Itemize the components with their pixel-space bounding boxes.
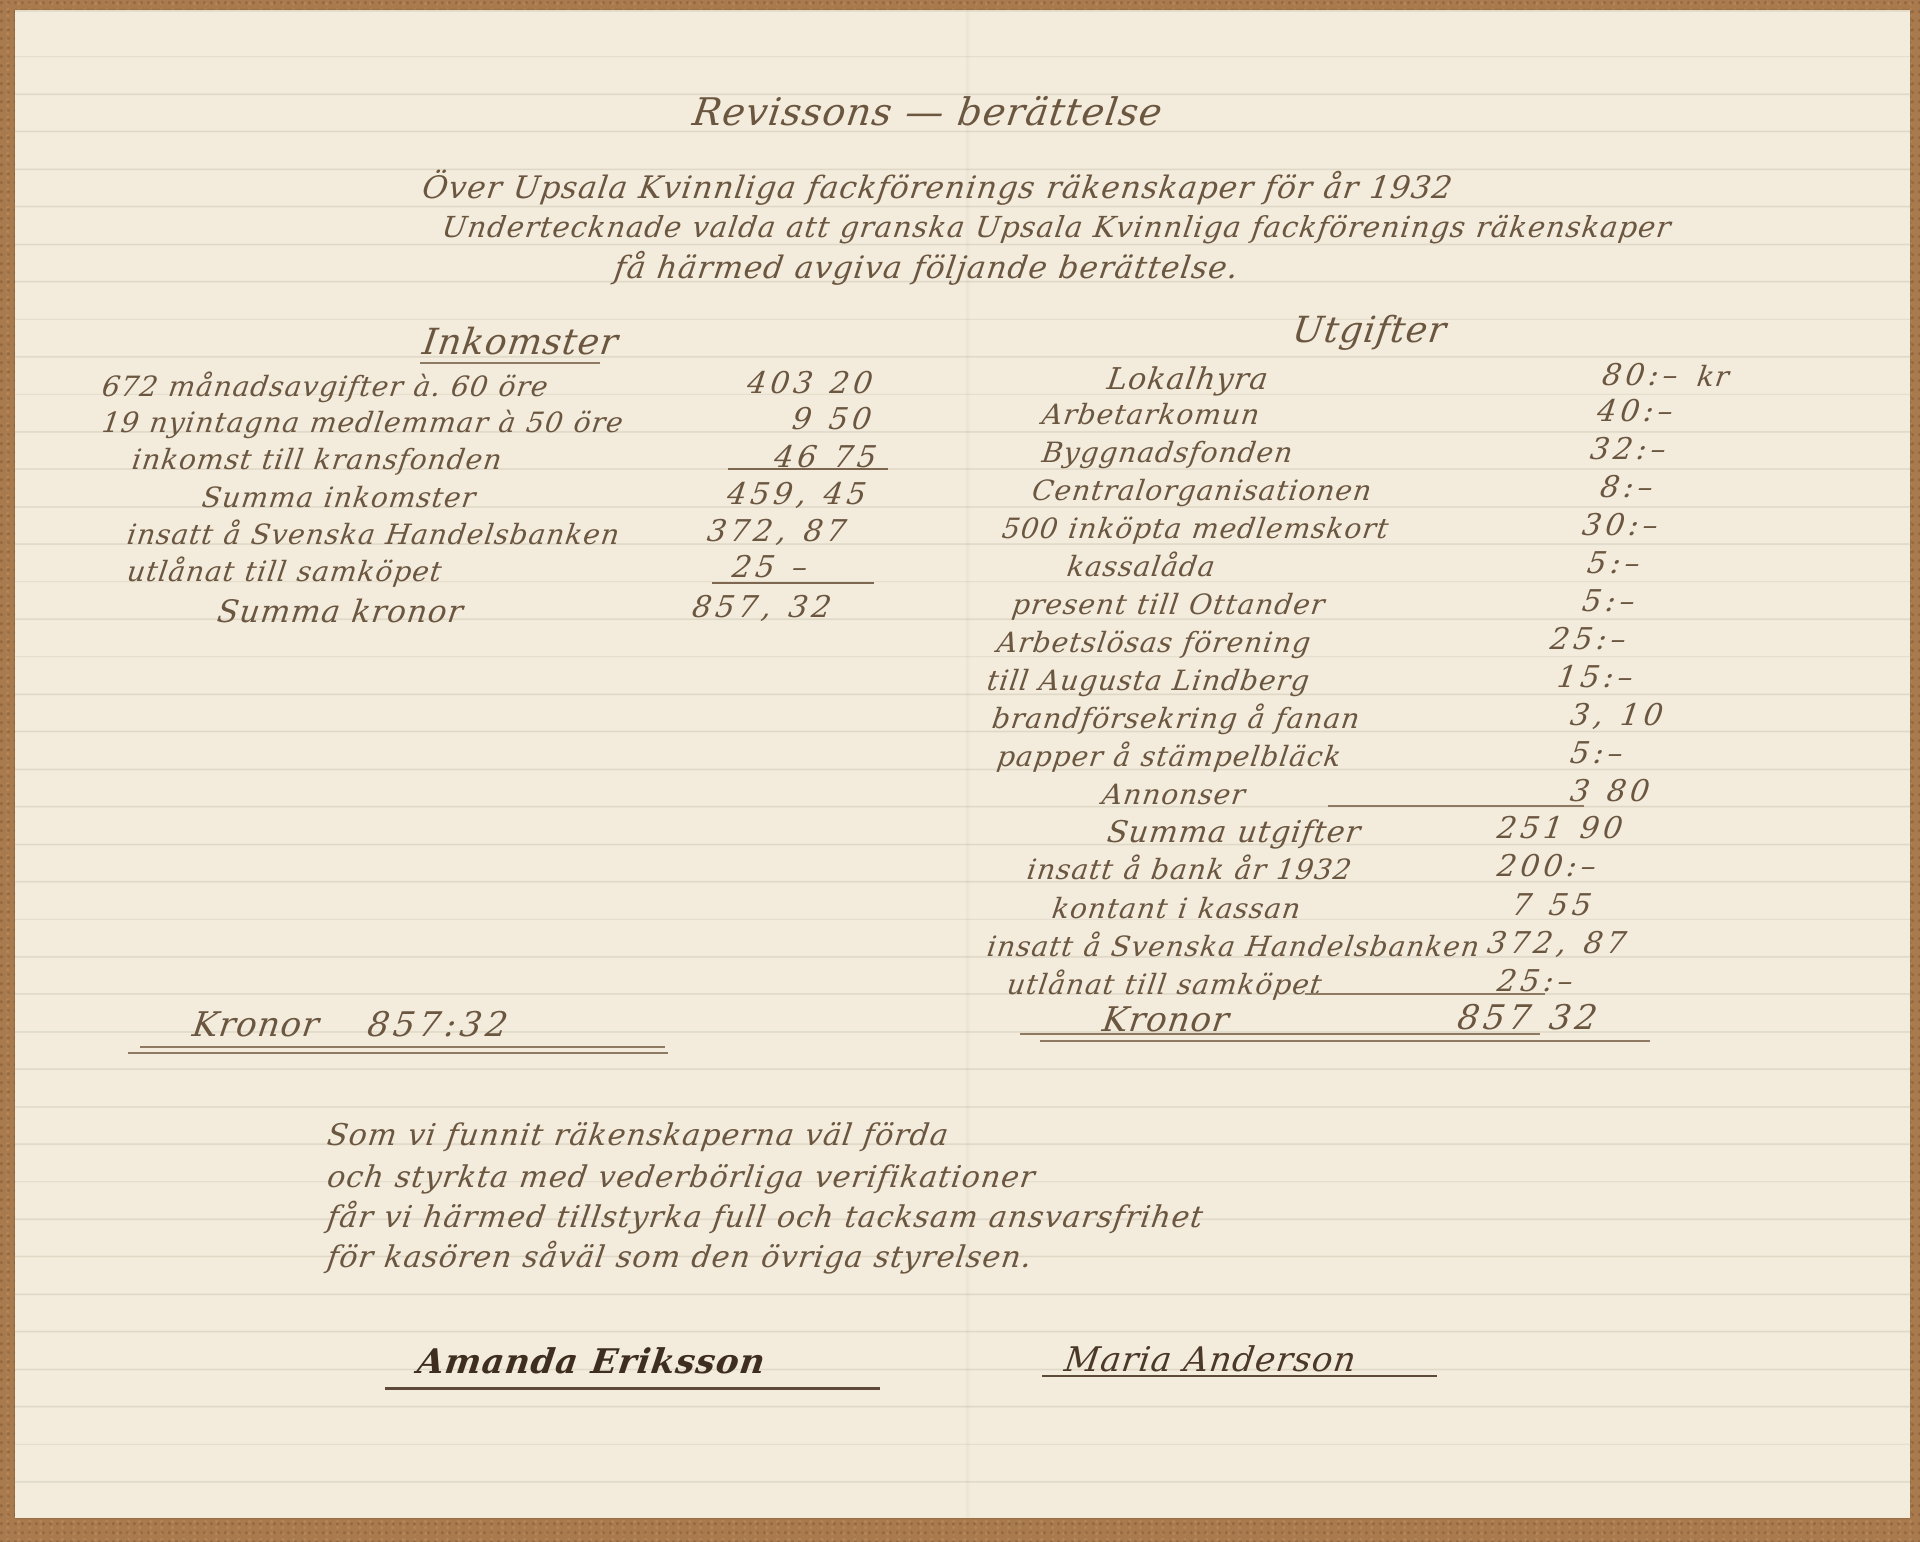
income-label: utlånat till samköpet (125, 555, 445, 588)
expense-amount: 7 55 (1510, 888, 1598, 923)
inkomster-total-label: Kronor (190, 1005, 322, 1045)
closing-line: Som vi funnit räkenskaperna väl förda (325, 1118, 951, 1153)
intro-line-3: få härmed avgiva följande berättelse. (612, 250, 1241, 286)
total-underline (128, 1052, 668, 1054)
income-label: Summa inkomster (200, 481, 478, 514)
expense-label: present till Ottander (1010, 588, 1328, 621)
expense-label: Byggnadsfonden (1040, 436, 1296, 469)
utgifter-heading: Utgifter (1290, 310, 1449, 351)
heading-underline (420, 362, 600, 364)
expense-amount: 40:– (1595, 394, 1679, 429)
income-amount: 372, 87 (705, 514, 852, 549)
expense-amount: 3, 10 (1568, 698, 1669, 733)
expense-label: insatt å Svenska Handelsbanken (985, 930, 1482, 963)
total-underline (1040, 1040, 1650, 1042)
signature-line (1042, 1375, 1437, 1377)
inkomster-heading: Inkomster (420, 322, 621, 363)
intro-line-2: Undertecknade valda att granska Upsala K… (440, 210, 1674, 244)
expense-label: Arbetarkomun (1040, 398, 1263, 431)
expense-amount: 372, 87 (1485, 926, 1632, 961)
expense-label: papper å stämpelbläck (995, 740, 1344, 773)
subtotal-rule (1328, 805, 1584, 807)
income-amount: 857, 32 (690, 590, 837, 625)
income-label: inkomst till kransfonden (130, 443, 505, 476)
expense-label: till Augusta Lindberg (985, 664, 1312, 697)
income-label: 672 månadsavgifter à. 60 öre (100, 370, 551, 403)
closing-line: får vi härmed tillstyrka full och tacksa… (325, 1200, 1206, 1235)
expense-label: insatt å bank år 1932 (1025, 853, 1354, 886)
expense-label: kontant i kassan (1050, 892, 1304, 925)
total-rule (712, 582, 874, 584)
income-amount: 9 50 (790, 402, 878, 437)
inkomster-total-amount: 857:32 (365, 1005, 514, 1045)
expense-label: utlånat till samköpet (1005, 968, 1325, 1001)
document-title: Revissons — berättelse (690, 90, 1166, 134)
expense-amount: 251 90 (1495, 811, 1629, 846)
signature-amanda-eriksson: Amanda Eriksson (415, 1342, 768, 1382)
income-label: insatt å Svenska Handelsbanken (125, 518, 622, 551)
total-underline (1020, 1033, 1540, 1035)
expense-amount: 8:– (1598, 470, 1659, 505)
signature-maria-anderson: Maria Anderson (1062, 1340, 1359, 1380)
expense-amount: 5:– (1585, 546, 1646, 581)
expense-amount: 80:– (1600, 358, 1684, 393)
utgifter-total-amount: 857 32 (1455, 998, 1604, 1038)
expense-label: Centralorganisationen (1030, 474, 1375, 507)
closing-line: för kasören såväl som den övriga styrels… (325, 1240, 1035, 1275)
expense-amount: 32:– (1588, 432, 1672, 467)
subtotal-rule (728, 468, 888, 470)
expense-amount: 200:– (1495, 849, 1602, 884)
expense-amount: 25:– (1548, 622, 1632, 657)
expense-label: kassalåda (1065, 550, 1218, 583)
expense-label: Lokalhyra (1105, 362, 1271, 397)
total-underline (140, 1046, 665, 1048)
income-amount: 403 20 (745, 366, 879, 401)
income-label: Summa kronor (215, 594, 466, 630)
expense-label: Annonser (1100, 778, 1248, 811)
currency-suffix: kr (1695, 360, 1732, 393)
expense-label: Arbetslösas förening (995, 626, 1314, 659)
expense-label: Summa utgifter (1105, 815, 1364, 850)
signature-line (385, 1387, 880, 1390)
expense-label: brandförsekring å fanan (990, 702, 1363, 735)
income-amount: 459, 45 (725, 477, 872, 512)
income-amount: 25 – (730, 550, 814, 585)
total-rule (1305, 993, 1545, 995)
income-label: 19 nyintagna medlemmar à 50 öre (100, 406, 626, 439)
intro-line-1: Över Upsala Kvinnliga fackförenings räke… (420, 170, 1455, 206)
expense-amount: 5:– (1580, 584, 1641, 619)
expense-amount: 30:– (1580, 508, 1664, 543)
expense-amount: 15:– (1555, 660, 1639, 695)
closing-line: och styrkta med vederbörliga verifikatio… (325, 1160, 1038, 1195)
expense-amount: 5:– (1568, 736, 1629, 771)
expense-label: 500 inköpta medlemskort (1000, 512, 1392, 545)
expense-amount: 3 80 (1568, 774, 1656, 809)
